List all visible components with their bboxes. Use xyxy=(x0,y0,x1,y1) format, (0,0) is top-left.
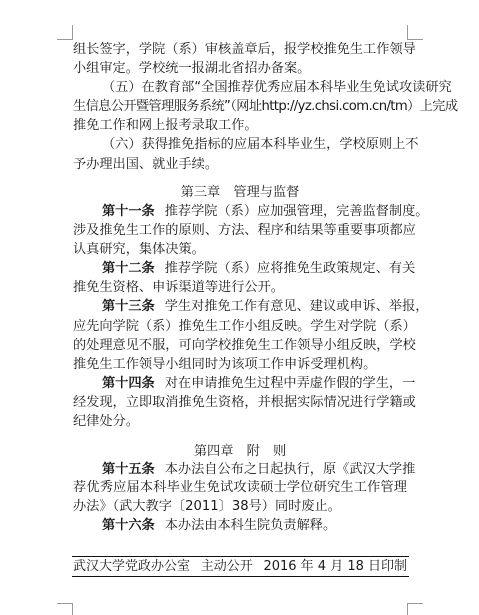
margin-corner-mark-bottom-right xyxy=(407,603,423,615)
paragraph-line: 生信息公开暨管理服务系统”（网址http://yz.chsi.com.cn/tm… xyxy=(73,97,407,116)
article-first-line: 第十四条对在申请推免生过程中弄虚作假的学生，一 xyxy=(102,374,407,393)
paragraph-line: 应先向学院（系）推免生工作小组反映。学生对学院（系） xyxy=(73,317,407,336)
article-first-line: 第十一条推荐学院（系）应加强管理，完善监督制度。 xyxy=(102,202,407,221)
article-text: 推荐学院（系）应将推免生政策规定、有关 xyxy=(165,261,416,276)
article-label: 第十一条 xyxy=(102,204,155,219)
paragraph-line: （六）获得推免指标的应届本科毕业生，学校原则上不 xyxy=(102,135,407,154)
article-text: 本办法自公布之日起执行，原《武汉大学推 xyxy=(165,462,416,477)
article-label: 第十六条 xyxy=(102,518,155,533)
paragraph-line: 的处理意见不服，可向学校推免生工作领导小组反映，学校 xyxy=(73,336,407,355)
article-text: 本办法由本科生院负责解释。 xyxy=(165,518,336,533)
article-label: 第十五条 xyxy=(102,462,155,477)
article-first-line: 第十三条学生对推免工作有意见、建议或申诉、举报， xyxy=(102,297,407,316)
chapter-title: 第三章 管理与监督 xyxy=(73,183,407,202)
issuing-office: 武汉大学党政办公室 xyxy=(73,557,190,576)
article-label: 第十三条 xyxy=(102,299,155,314)
print-date: 2016 年 4 月 18 日印制 xyxy=(263,557,407,576)
disclosure-type: 主动公开 xyxy=(201,557,253,576)
paragraph-line: 涉及推免生工作的原则、方法、程序和结果等重要事项都应 xyxy=(73,221,407,240)
paragraph-line: 荐优秀应届本科毕业生免试攻读硕士学位研究生工作管理 xyxy=(73,478,407,497)
paragraph-line: 小组审定。学校统一报湖北省招办备案。 xyxy=(73,59,407,78)
margin-corner-mark-top-left xyxy=(57,25,73,40)
paragraph-line: （五）在教育部“全国推荐优秀应届本科毕业生免试攻读研究 xyxy=(102,78,407,97)
paragraph-line: 予办理出国、就业手续。 xyxy=(73,155,407,174)
footer-bottom-rule xyxy=(72,576,409,577)
paragraph-line: 纪律处分。 xyxy=(73,412,407,431)
paragraph-line: 组长签字，学院（系）审核盖章后，报学校推免生工作领导 xyxy=(73,40,407,59)
paragraph-line: 经发现，立即取消推免生资格，并根据实际情况进行学籍或 xyxy=(73,393,407,412)
paragraph-line: 认真研究，集体决策。 xyxy=(73,240,407,259)
paragraph-line: 办法》（武大教字〔2011〕38号）同时废止。 xyxy=(73,497,407,516)
margin-corner-mark-bottom-left xyxy=(57,603,73,615)
article-text: 推荐学院（系）应加强管理，完善监督制度。 xyxy=(165,204,429,219)
paragraph-line: 推免生工作领导小组同时为该项工作申诉受理机构。 xyxy=(73,355,407,374)
article-text: 对在申请推免生过程中弄虚作假的学生，一 xyxy=(165,376,416,391)
article-label: 第十二条 xyxy=(102,261,155,276)
article-label: 第十四条 xyxy=(102,376,155,391)
article-first-line: 第十六条本办法由本科生院负责解释。 xyxy=(102,516,407,535)
paragraph-line: 推免生资格、申诉渠道等进行公开。 xyxy=(73,278,407,297)
article-first-line: 第十五条本办法自公布之日起执行，原《武汉大学推 xyxy=(102,460,407,479)
article-first-line: 第十二条推荐学院（系）应将推免生政策规定、有关 xyxy=(102,259,407,278)
article-text: 学生对推免工作有意见、建议或申诉、举报， xyxy=(165,299,429,314)
paragraph-line: 推免工作和网上报考录取工作。 xyxy=(73,116,407,135)
chapter-title: 第四章 附 则 xyxy=(73,442,407,461)
print-footer: 武汉大学党政办公室 主动公开 2016 年 4 月 18 日印制 xyxy=(73,557,407,576)
margin-corner-mark-top-right xyxy=(407,25,423,40)
